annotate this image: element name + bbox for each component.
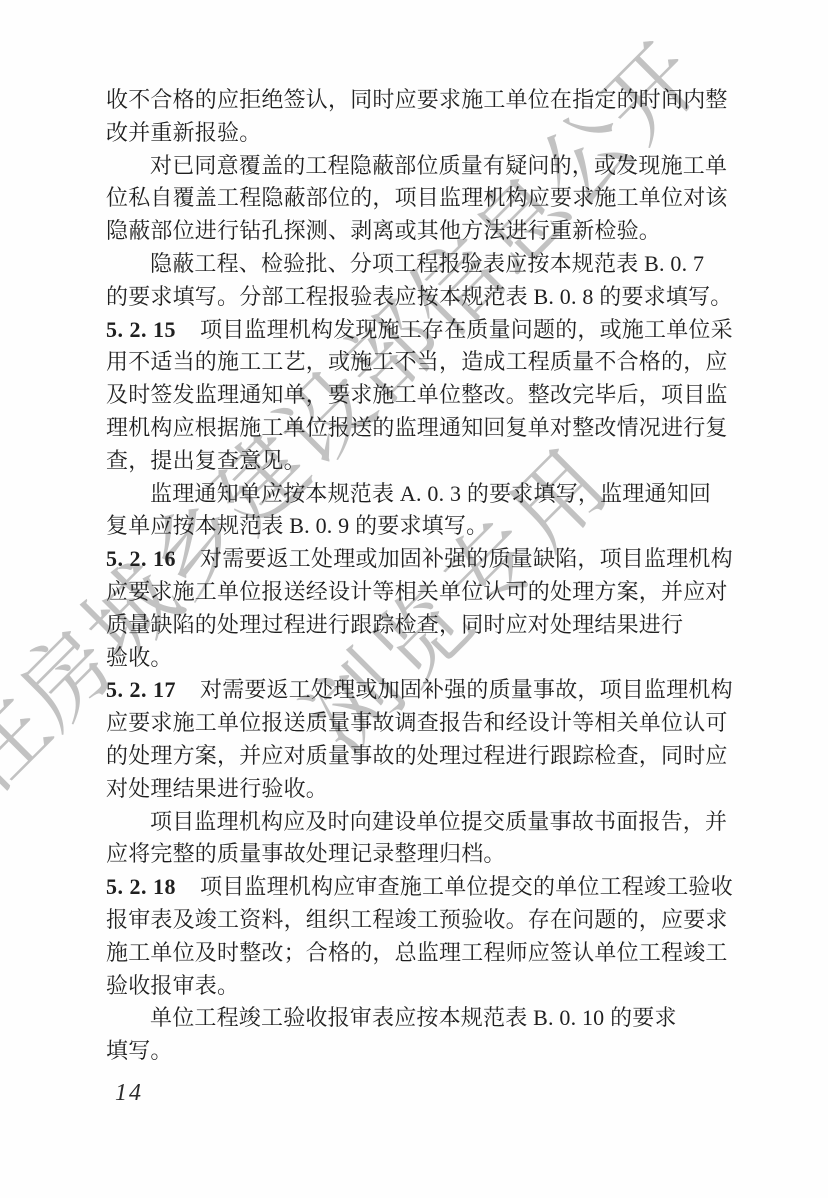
clause-number: 5. 2. 15 (106, 317, 200, 342)
clause-number: 5. 2. 16 (106, 546, 200, 571)
text-line: 质量缺陷的处理过程进行跟踪检查，同时应对处理结果进行 (106, 609, 728, 642)
text-line: 对处理结果进行验收。 (106, 773, 728, 806)
text-line: 验收报审表。 (106, 970, 728, 1003)
line-text: 位私自覆盖工程隐蔽部位的，项目监理机构应要求施工单位对该 (106, 185, 728, 210)
text-line: 改并重新报验。 (106, 117, 728, 150)
line-text: 对需要返工处理或加固补强的质量事故，项目监理机构 (200, 677, 733, 702)
text-line: 位私自覆盖工程隐蔽部位的，项目监理机构应要求施工单位对该 (106, 182, 728, 215)
page-number: 14 (115, 1080, 143, 1107)
line-text: 的要求填写。分部工程报验表应按本规范表 B. 0. 8 的要求填写。 (106, 284, 732, 309)
text-line: 用不适当的施工工艺，或施工不当，造成工程质量不合格的，应 (106, 346, 728, 379)
line-text: 报审表及竣工资料，组织工程竣工预验收。存在问题的，应要求 (106, 907, 728, 932)
text-line: 理机构应根据施工单位报送的监理通知回复单对整改情况进行复 (106, 412, 728, 445)
text-line: 隐蔽部位进行钻孔探测、剥离或其他方法进行重新检验。 (106, 215, 728, 248)
text-line: 施工单位及时整改；合格的，总监理工程师应签认单位工程竣工 (106, 937, 728, 970)
text-line: 收不合格的应拒绝签认，同时应要求施工单位在指定的时间内整 (106, 84, 728, 117)
line-text: 的处理方案，并应对质量事故的处理过程进行跟踪检查，同时应 (106, 743, 728, 768)
text-line: 单位工程竣工验收报审表应按本规范表 B. 0. 10 的要求 (106, 1002, 728, 1035)
text-line: 隐蔽工程、检验批、分项工程报验表应按本规范表 B. 0. 7 (106, 248, 728, 281)
line-text: 验收。 (106, 645, 173, 670)
line-text: 对已同意覆盖的工程隐蔽部位质量有疑问的，或发现施工单 (150, 153, 727, 178)
line-text: 应要求施工单位报送质量事故调查报告和经设计等相关单位认可 (106, 710, 728, 735)
line-text: 隐蔽工程、检验批、分项工程报验表应按本规范表 B. 0. 7 (150, 251, 704, 276)
line-text: 复单应按本规范表 B. 0. 9 的要求填写。 (106, 513, 488, 538)
text-line: 复单应按本规范表 B. 0. 9 的要求填写。 (106, 510, 728, 543)
line-text: 收不合格的应拒绝签认，同时应要求施工单位在指定的时间内整 (106, 87, 728, 112)
line-text: 单位工程竣工验收报审表应按本规范表 B. 0. 10 的要求 (150, 1005, 677, 1030)
text-line: 及时签发监理通知单，要求施工单位整改。整改完毕后，项目监 (106, 379, 728, 412)
line-text: 改并重新报验。 (106, 120, 261, 145)
line-text: 应要求施工单位报送经设计等相关单位认可的处理方案，并应对 (106, 579, 728, 604)
line-text: 填写。 (106, 1038, 173, 1063)
document-page: 住房城乡建设部信息公开 浏览专用 收不合格的应拒绝签认，同时应要求施工单位在指定… (0, 0, 828, 1198)
line-text: 项目监理机构应及时向建设单位提交质量事故书面报告，并 (150, 809, 727, 834)
text-block: 收不合格的应拒绝签认，同时应要求施工单位在指定的时间内整改并重新报验。对已同意覆… (106, 84, 728, 1068)
text-line: 对已同意覆盖的工程隐蔽部位质量有疑问的，或发现施工单 (106, 150, 728, 183)
clause-number: 5. 2. 18 (106, 874, 200, 899)
line-text: 验收报审表。 (106, 973, 239, 998)
text-line: 的要求填写。分部工程报验表应按本规范表 B. 0. 8 的要求填写。 (106, 281, 728, 314)
text-line: 5. 2. 18项目监理机构应审查施工单位提交的单位工程竣工验收 (106, 871, 728, 904)
line-text: 对处理结果进行验收。 (106, 776, 328, 801)
text-line: 查，提出复查意见。 (106, 445, 728, 478)
line-text: 质量缺陷的处理过程进行跟踪检查，同时应对处理结果进行 (106, 612, 683, 637)
text-line: 应要求施工单位报送经设计等相关单位认可的处理方案，并应对 (106, 576, 728, 609)
text-line: 项目监理机构应及时向建设单位提交质量事故书面报告，并 (106, 806, 728, 839)
line-text: 查，提出复查意见。 (106, 448, 306, 473)
text-line: 监理通知单应按本规范表 A. 0. 3 的要求填写，监理通知回 (106, 478, 728, 511)
text-line: 的处理方案，并应对质量事故的处理过程进行跟踪检查，同时应 (106, 740, 728, 773)
line-text: 理机构应根据施工单位报送的监理通知回复单对整改情况进行复 (106, 415, 728, 440)
text-line: 5. 2. 15项目监理机构发现施工存在质量问题的，或施工单位采 (106, 314, 728, 347)
text-line: 报审表及竣工资料，组织工程竣工预验收。存在问题的，应要求 (106, 904, 728, 937)
text-line: 填写。 (106, 1035, 728, 1068)
line-text: 隐蔽部位进行钻孔探测、剥离或其他方法进行重新检验。 (106, 218, 661, 243)
text-line: 5. 2. 16对需要返工处理或加固补强的质量缺陷，项目监理机构 (106, 543, 728, 576)
line-text: 项目监理机构应审查施工单位提交的单位工程竣工验收 (200, 874, 733, 899)
line-text: 应将完整的质量事故处理记录整理归档。 (106, 841, 506, 866)
text-line: 应要求施工单位报送质量事故调查报告和经设计等相关单位认可 (106, 707, 728, 740)
clause-number: 5. 2. 17 (106, 677, 200, 702)
line-text: 项目监理机构发现施工存在质量问题的，或施工单位采 (200, 317, 733, 342)
text-line: 应将完整的质量事故处理记录整理归档。 (106, 838, 728, 871)
line-text: 施工单位及时整改；合格的，总监理工程师应签认单位工程竣工 (106, 940, 728, 965)
text-line: 5. 2. 17对需要返工处理或加固补强的质量事故，项目监理机构 (106, 674, 728, 707)
line-text: 用不适当的施工工艺，或施工不当，造成工程质量不合格的，应 (106, 349, 728, 374)
line-text: 及时签发监理通知单，要求施工单位整改。整改完毕后，项目监 (106, 382, 728, 407)
line-text: 对需要返工处理或加固补强的质量缺陷，项目监理机构 (200, 546, 733, 571)
text-line: 验收。 (106, 642, 728, 675)
line-text: 监理通知单应按本规范表 A. 0. 3 的要求填写，监理通知回 (150, 481, 711, 506)
